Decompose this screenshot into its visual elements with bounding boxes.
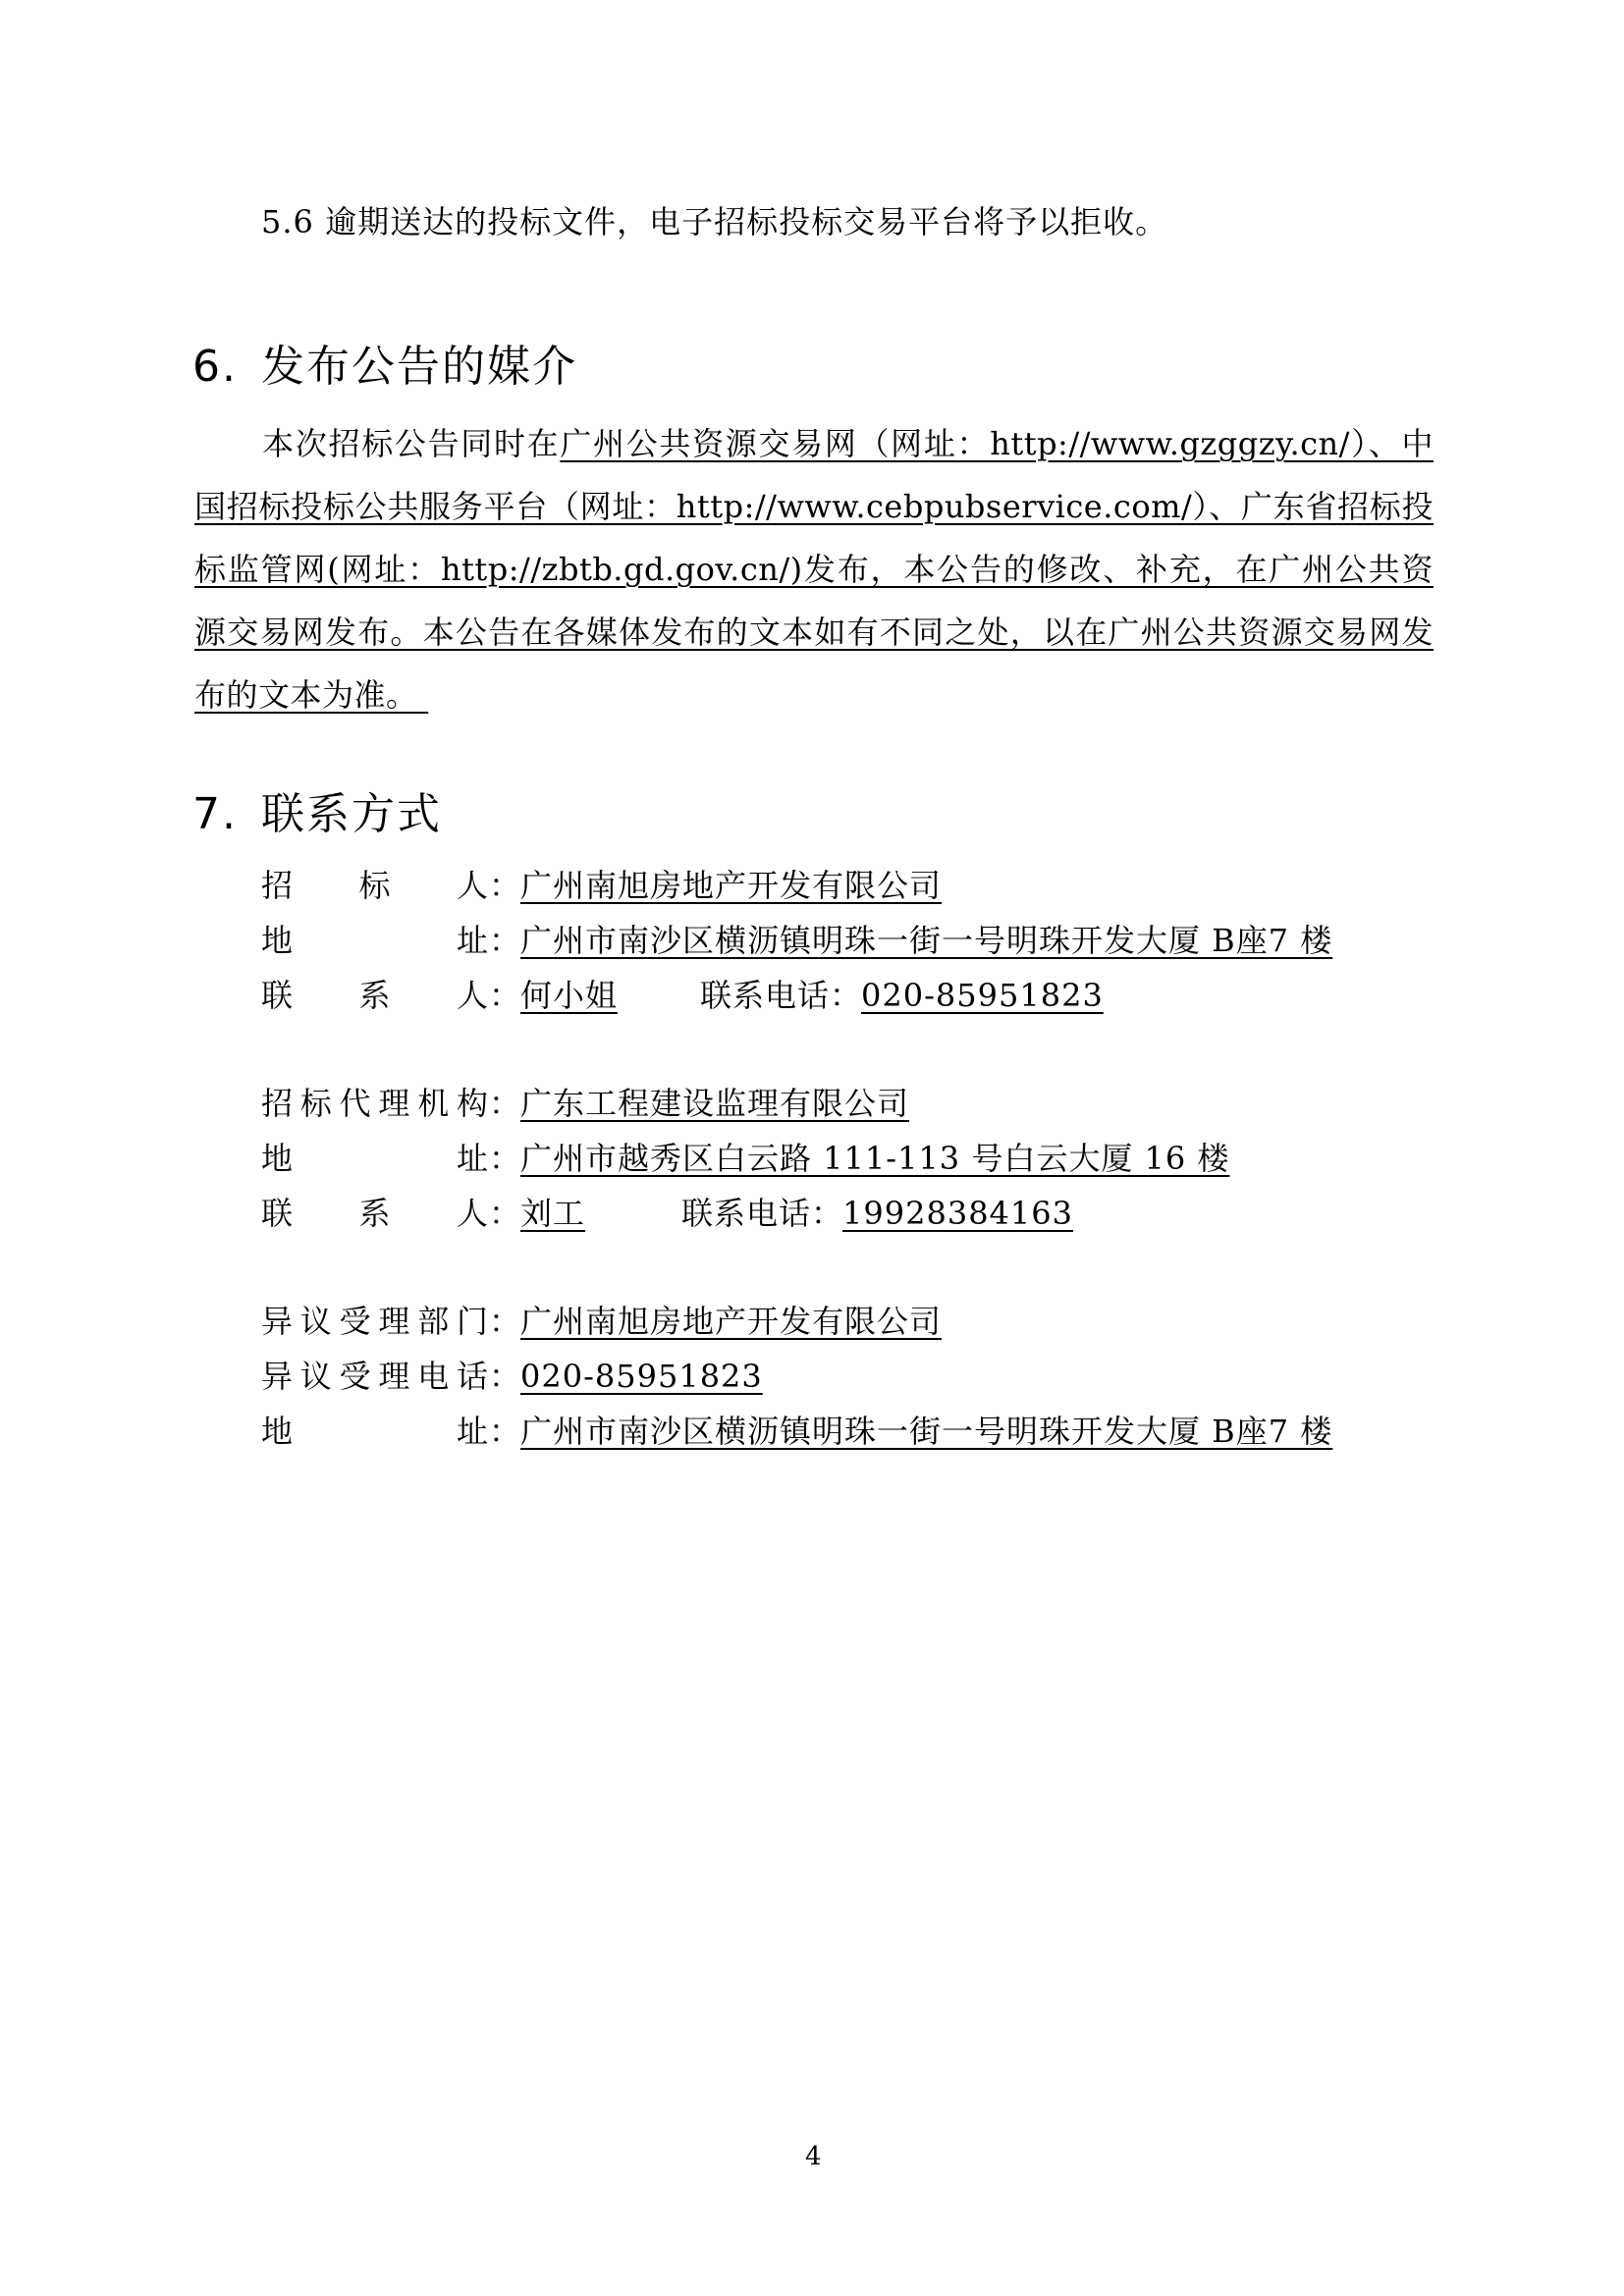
colon: ： [489,976,520,1015]
agency-contact-value: 刘工 [520,1194,585,1233]
section-6-line-1: 本次招标公告同时在广州公共资源交易网（网址：http://www.gzggzy.… [194,424,1434,463]
colon: ： [489,1302,520,1341]
objection-phone-label: 异议受理电话 [261,1357,489,1396]
objection-dept-value: 广州南旭房地产开发有限公司 [520,1302,942,1341]
colon: ： [830,976,861,1015]
tenderer-contact-value: 何小姐 [520,976,618,1015]
section-7-title: 联系方式 [261,789,442,839]
agency-name-row: 招标代理机构：广东工程建设监理有限公司 [261,1084,909,1123]
agency-contact-row: 联系人：刘工联系电话：19928384163 [261,1194,1073,1233]
section-6-line-5: 布的文本为准。 [194,675,1434,715]
agency-name-label: 招标代理机构 [261,1084,489,1123]
document-page: 5.6 逾期送达的投标文件，电子招标投标交易平台将予以拒收。 6.发布公告的媒介… [0,0,1624,2296]
tenderer-contact-row: 联系人：何小姐联系电话：020-85951823 [261,976,1104,1015]
section-6-line-1-underlined: 广州公共资源交易网（网址：http://www.gzggzy.cn/）、中 [560,425,1434,462]
section-6-line-4: 源交易网发布。本公告在各媒体发布的文本如有不同之处，以在广州公共资源交易网发 [194,613,1434,652]
section-6-line-1-plain: 本次招标公告同时在 [261,425,560,462]
tenderer-phone-value: 020-85951823 [861,976,1104,1015]
section-6-heading: 6.发布公告的媒介 [192,340,577,395]
section-6-number: 6. [192,340,261,395]
tenderer-name-row: 招标人：广州南旭房地产开发有限公司 [261,866,942,905]
agency-address-value: 广州市越秀区白云路 111-113 号白云大厦 16 楼 [520,1139,1229,1178]
agency-address-row: 地址：广州市越秀区白云路 111-113 号白云大厦 16 楼 [261,1139,1229,1178]
agency-phone-value: 19928384163 [842,1194,1073,1233]
objection-phone-value: 020-85951823 [520,1357,763,1396]
objection-address-row: 地址：广州市南沙区横沥镇明珠一街一号明珠开发大厦 B座7 楼 [261,1412,1332,1451]
section-6-title: 发布公告的媒介 [261,342,577,392]
agency-name-value: 广东工程建设监理有限公司 [520,1084,909,1123]
objection-dept-row: 异议受理部门：广州南旭房地产开发有限公司 [261,1302,942,1341]
colon: ： [489,1194,520,1233]
colon: ： [489,1412,520,1451]
agency-phone-label: 联系电话 [681,1194,811,1233]
section-6-line-5-underlined: 布的文本为准。 [194,676,428,714]
section-7-heading: 7.联系方式 [192,787,442,842]
objection-phone-row: 异议受理电话：020-85951823 [261,1357,763,1396]
section-6-line-3: 标监管网(网址：http://zbtb.gd.gov.cn/)发布，本公告的修改… [194,550,1434,589]
tenderer-name-value: 广州南旭房地产开发有限公司 [520,866,942,905]
item-5-6: 5.6 逾期送达的投标文件，电子招标投标交易平台将予以拒收。 [261,202,1167,241]
agency-address-label: 地址 [261,1139,489,1178]
colon: ： [489,1357,520,1396]
colon: ： [489,1139,520,1178]
agency-contact-label: 联系人 [261,1194,489,1233]
colon: ： [489,921,520,960]
colon: ： [489,1084,520,1123]
tenderer-name-label: 招标人 [261,866,489,905]
tenderer-address-row: 地址：广州市南沙区横沥镇明珠一街一号明珠开发大厦 B座7 楼 [261,921,1332,960]
section-6-line-2: 国招标投标公共服务平台（网址：http://www.cebpubservice.… [194,487,1434,526]
colon: ： [489,866,520,905]
section-7-number: 7. [192,787,261,842]
objection-dept-label: 异议受理部门 [261,1302,489,1341]
tenderer-phone-label: 联系电话 [700,976,830,1015]
tenderer-address-value: 广州市南沙区横沥镇明珠一街一号明珠开发大厦 B座7 楼 [520,921,1332,960]
tenderer-contact-label: 联系人 [261,976,489,1015]
colon: ： [811,1194,842,1233]
objection-address-value: 广州市南沙区横沥镇明珠一街一号明珠开发大厦 B座7 楼 [520,1412,1332,1451]
tenderer-address-label: 地址 [261,921,489,960]
page-number: 4 [805,2142,822,2171]
objection-address-label: 地址 [261,1412,489,1451]
